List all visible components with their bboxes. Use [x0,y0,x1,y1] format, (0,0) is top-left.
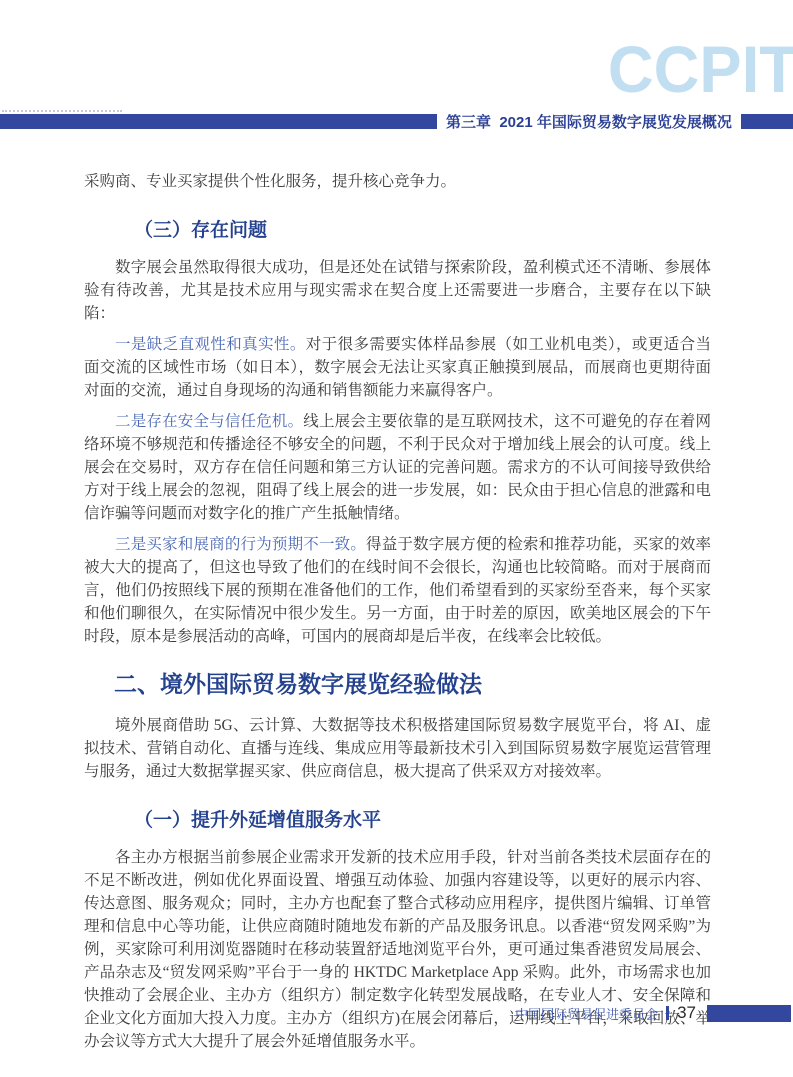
footer-organization: 中国国际贸易促进委员会 [515,1004,658,1023]
problem-point-3: 三是买家和展商的行为预期不一致。得益于数字展方便的检索和推荐功能，买家的效率被大… [84,533,711,648]
point-3-lead: 三是买家和展商的行为预期不一致。 [115,536,366,553]
overseas-intro-paragraph: 境外展商借助 5G、云计算、大数据等技术积极搭建国际贸易数字展览平台，将 AI、… [84,714,711,783]
intro-paragraph: 采购商、专业买家提供个性化服务，提升核心竞争力。 [84,170,711,193]
chapter-bar-right-segment [741,114,793,129]
chapter-title: 第三章 2021 年国际贸易数字展览发展概况 [437,111,741,132]
page-footer: 中国国际贸易促进委员会 37 [0,1003,793,1023]
document-page: CCPIT 第三章 2021 年国际贸易数字展览发展概况 采购商、专业买家提供个… [0,0,793,1077]
problem-point-2: 二是存在安全与信任危机。线上展会主要依靠的是互联网技术，这不可避免的存在着网络环… [84,410,711,525]
footer-divider [666,1006,669,1020]
subsection-heading-value-added-service: （一）提升外延增值服务水平 [134,805,711,832]
point-2-lead: 二是存在安全与信任危机。 [115,413,303,430]
ccpit-logo: CCPIT [608,36,793,102]
dotted-mark [2,110,122,112]
problems-intro-paragraph: 数字展会虽然取得很大成功，但是还处在试错与探索阶段，盈利模式还不清晰、参展体验有… [84,256,711,325]
section-heading-overseas-experience: 二、境外国际贸易数字展览经验做法 [114,666,711,699]
page-number: 37 [677,1003,696,1023]
chapter-header-bar: 第三章 2021 年国际贸易数字展览发展概况 [0,113,793,129]
chapter-bar-left-segment [0,114,437,129]
section-heading-problems: （三）存在问题 [134,215,711,242]
page-content: 采购商、专业买家提供个性化服务，提升核心竞争力。 （三）存在问题 数字展会虽然取… [84,170,711,1061]
problem-point-1: 一是缺乏直观性和真实性。对于很多需要实体样品参展（如工业机电类），或更适合当面交… [84,333,711,402]
point-1-lead: 一是缺乏直观性和真实性。 [115,336,306,353]
footer-bar [707,1005,791,1022]
